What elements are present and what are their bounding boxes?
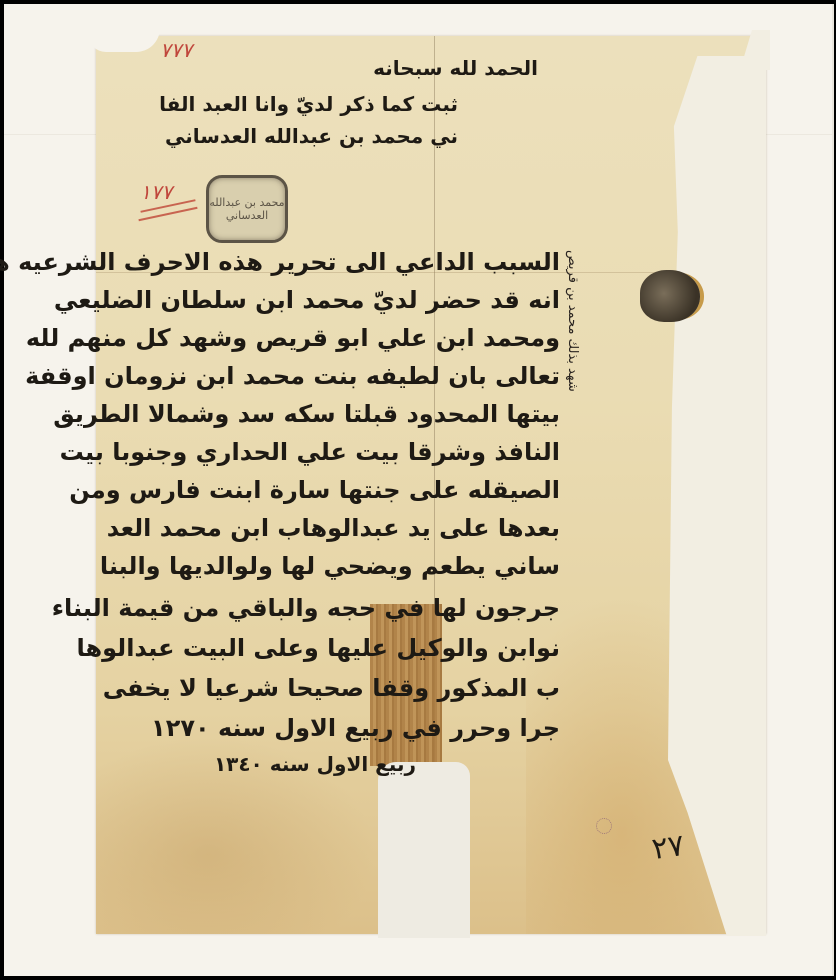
body-line: تعالى بان لطيفه بنت محمد ابن نزومان اوقف… xyxy=(25,362,560,390)
marginal-witness-note: شهد بذلك محمد بن قريص xyxy=(565,250,580,392)
body-line: الصيقله على جنتها سارة ابنت فارس ومن xyxy=(69,476,560,504)
catalog-number-left: ١٧٧ xyxy=(140,180,172,204)
body-line: جرجون لها في حجه والباقي من قيمة البناء xyxy=(52,594,560,622)
body-line: النافذ وشرقا بيت علي الحداري وجنوبا بيت xyxy=(60,438,560,466)
date-line: ربيع الاول سنه ١٣٤٠ xyxy=(214,752,416,776)
body-line: بعدها على يد عبدالوهاب ابن محمد العد xyxy=(107,514,560,542)
heading-invocation: الحمد لله سبحانه xyxy=(373,56,538,80)
ink-seal-stamp: محمد بن عبدالله العدساني xyxy=(206,175,288,243)
stamp-mark xyxy=(596,818,612,834)
wax-seal xyxy=(640,270,700,322)
missing-paper-bottom xyxy=(378,762,470,938)
body-line: ومحمد ابن علي ابو قريص وشهد كل منهم لله xyxy=(26,324,560,352)
body-line: جرا وحرر في ربيع الاول سنه ١٢٧٠ xyxy=(151,714,560,742)
seal-text: محمد بن عبدالله العدساني xyxy=(209,196,285,222)
body-line: السبب الداعي الى تحرير هذه الاحرف الشرعي… xyxy=(0,248,560,276)
body-line: ساني يطعم ويضحي لها ولوالديها والبنا xyxy=(100,552,560,580)
attestation-line-2: ني محمد بن عبدالله العدساني xyxy=(165,124,458,148)
catalog-number-top: ٧٧٧ xyxy=(160,38,192,62)
body-line: نوابن والوكيل عليها وعلى البيت عبدالوها xyxy=(76,634,560,662)
folio-number: ٢٧ xyxy=(650,828,687,867)
body-line: ب المذكور وقفا صحيحا شرعيا لا يخفى xyxy=(103,674,560,702)
body-line: انه قد حضر لديّ محمد ابن سلطان الضليعي xyxy=(54,286,560,314)
attestation-line-1: ثبت كما ذكر لديّ وانا العبد الفا xyxy=(159,92,458,116)
body-line: بيتها المحدود قبلتا سكه سد وشمالا الطريق xyxy=(53,400,560,428)
